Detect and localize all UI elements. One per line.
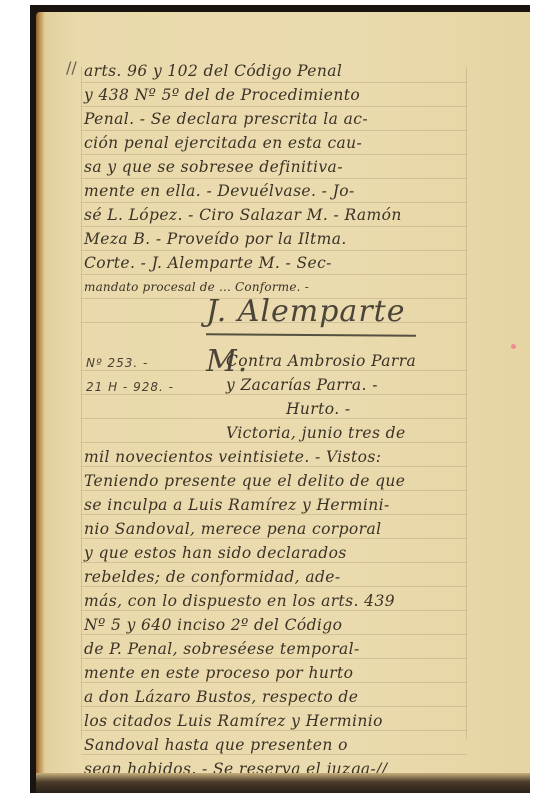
rule-line: [81, 154, 467, 155]
rule-line: [81, 202, 467, 203]
text-line: Teniendo presente que el delito de que: [84, 470, 484, 492]
text-line: ción penal ejercitada en esta cau-: [84, 132, 484, 154]
text-line: más, con lo dispuesto en los arts. 439: [84, 590, 484, 612]
rule-line: [81, 250, 467, 251]
text-line: los citados Luis Ramírez y Herminio: [84, 710, 484, 732]
ledger-page: // arts. 96 y 102 del Código Penal y 438…: [36, 12, 530, 779]
entry-number: Nº 253. -: [86, 352, 148, 374]
text-line: mente en este proceso por hurto: [84, 662, 484, 684]
text-line: sa y que se sobresee definitiva-: [84, 156, 484, 178]
text-line: nio Sandoval, merece pena corporal: [84, 518, 484, 540]
entry-heading-line: Contra Ambrosio Parra: [226, 350, 530, 372]
text-line: de P. Penal, sobreséese temporal-: [84, 638, 484, 660]
text-line: Nº 5 y 640 inciso 2º del Código: [84, 614, 484, 636]
rule-line: [81, 274, 467, 275]
ledger-photo: // arts. 96 y 102 del Código Penal y 438…: [30, 5, 530, 793]
text-line: sean habidos. - Se reserva el juzga-//: [84, 758, 484, 780]
rule-line: [81, 778, 467, 779]
text-line: arts. 96 y 102 del Código Penal: [84, 60, 484, 82]
rule-line: [81, 178, 467, 179]
text-line: y que estos han sido declarados: [84, 542, 484, 564]
entry-crime: Hurto. -: [286, 398, 530, 420]
text-line: mente en ella. - Devuélvase. - Jo-: [84, 180, 484, 202]
rule-line: [81, 106, 467, 107]
text-line: mil novecientos veintisiete. - Vistos:: [84, 446, 484, 468]
text-line: Sandoval hasta que presenten o: [84, 734, 484, 756]
text-line: a don Lázaro Bustos, respecto de: [84, 686, 484, 708]
text-line: Penal. - Se declara prescrita la ac-: [84, 108, 484, 130]
text-line: rebeldes; de conformidad, ade-: [84, 566, 484, 588]
text-line: y 438 Nº 5º del de Procedimiento: [84, 84, 484, 106]
pink-mark: [511, 344, 516, 349]
text-line: Victoria, junio tres de: [226, 422, 530, 444]
entry-heading-line: y Zacarías Parra. -: [226, 374, 530, 396]
left-margin-rule: [81, 67, 82, 739]
judge-signature: J. Alemparte M.: [206, 287, 446, 337]
text-line: Meza B. - Proveído por la Iltma.: [84, 228, 484, 250]
continuation-mark-icon: //: [66, 58, 77, 77]
text-line: sé L. López. - Ciro Salazar M. - Ramón: [84, 204, 484, 226]
text-line: se inculpa a Luis Ramírez y Hermini-: [84, 494, 484, 516]
rule-line: [81, 130, 467, 131]
entry-date-code: 21 H - 928. -: [86, 376, 174, 398]
rule-line: [81, 226, 467, 227]
rule-line: [81, 82, 467, 83]
text-line: Corte. - J. Alemparte M. - Sec-: [84, 252, 484, 274]
